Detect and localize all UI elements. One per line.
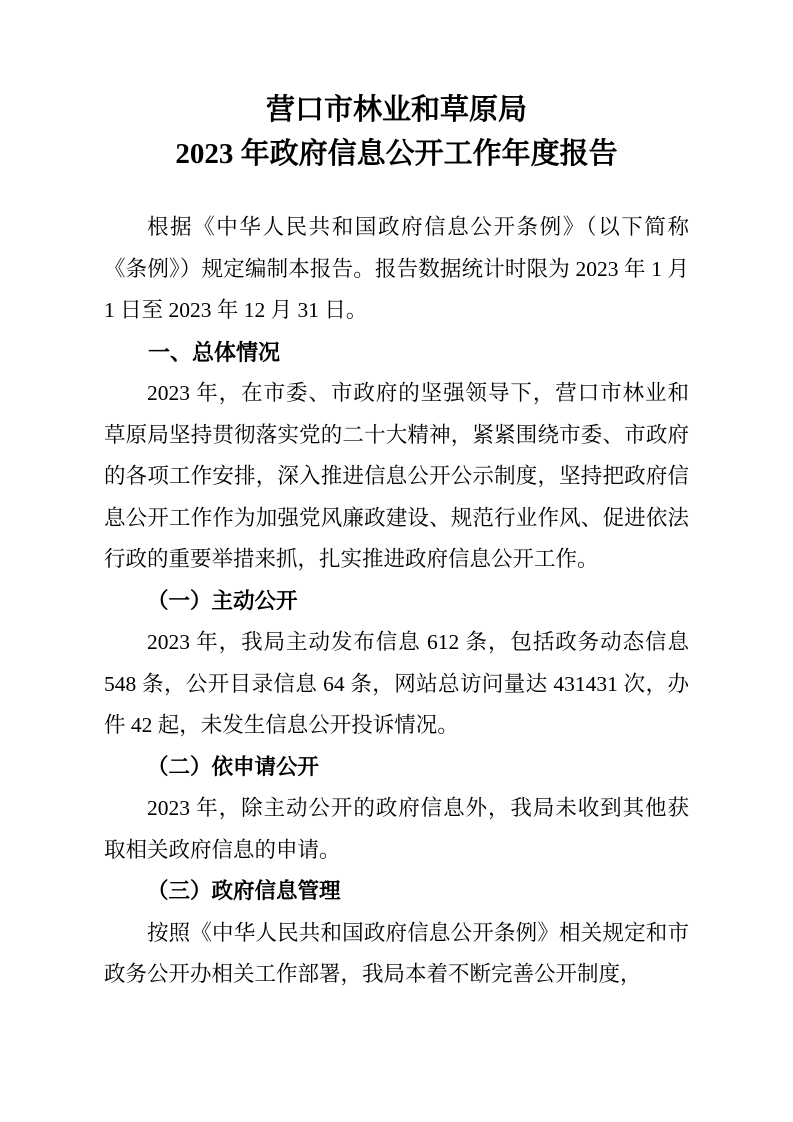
paragraph-intro: 根据《中华人民共和国政府信息公开条例》（以下简称《条例》）规定编制本报告。报告数… xyxy=(104,207,689,332)
document-page: 营口市林业和草原局 2023 年政府信息公开工作年度报告 根据《中华人民共和国政… xyxy=(0,0,793,1122)
report-title-line-2: 2023 年政府信息公开工作年度报告 xyxy=(104,132,689,176)
report-title: 营口市林业和草原局 2023 年政府信息公开工作年度报告 xyxy=(104,88,689,176)
paragraph-information-management: 按照《中华人民共和国政府信息公开条例》相关规定和市政务公开办相关工作部署，我局本… xyxy=(104,913,689,996)
report-body: 根据《中华人民共和国政府信息公开条例》（以下简称《条例》）规定编制本报告。报告数… xyxy=(104,207,689,996)
section-heading-overall-situation: 一、总体情况 xyxy=(104,332,689,374)
paragraph-proactive-disclosure: 2023 年，我局主动发布信息 612 条，包括政务动态信息 548 条，公开目… xyxy=(104,622,689,747)
report-title-line-1: 营口市林业和草原局 xyxy=(104,88,689,132)
subsection-heading-disclosure-upon-request: （二）依申请公开 xyxy=(104,747,689,789)
subsection-heading-proactive-disclosure: （一）主动公开 xyxy=(104,581,689,623)
paragraph-disclosure-upon-request: 2023 年，除主动公开的政府信息外，我局未收到其他获取相关政府信息的申请。 xyxy=(104,788,689,871)
paragraph-overall-situation: 2023 年，在市委、市政府的坚强领导下，营口市林业和草原局坚持贯彻落实党的二十… xyxy=(104,373,689,581)
subsection-heading-information-management: （三）政府信息管理 xyxy=(104,871,689,913)
